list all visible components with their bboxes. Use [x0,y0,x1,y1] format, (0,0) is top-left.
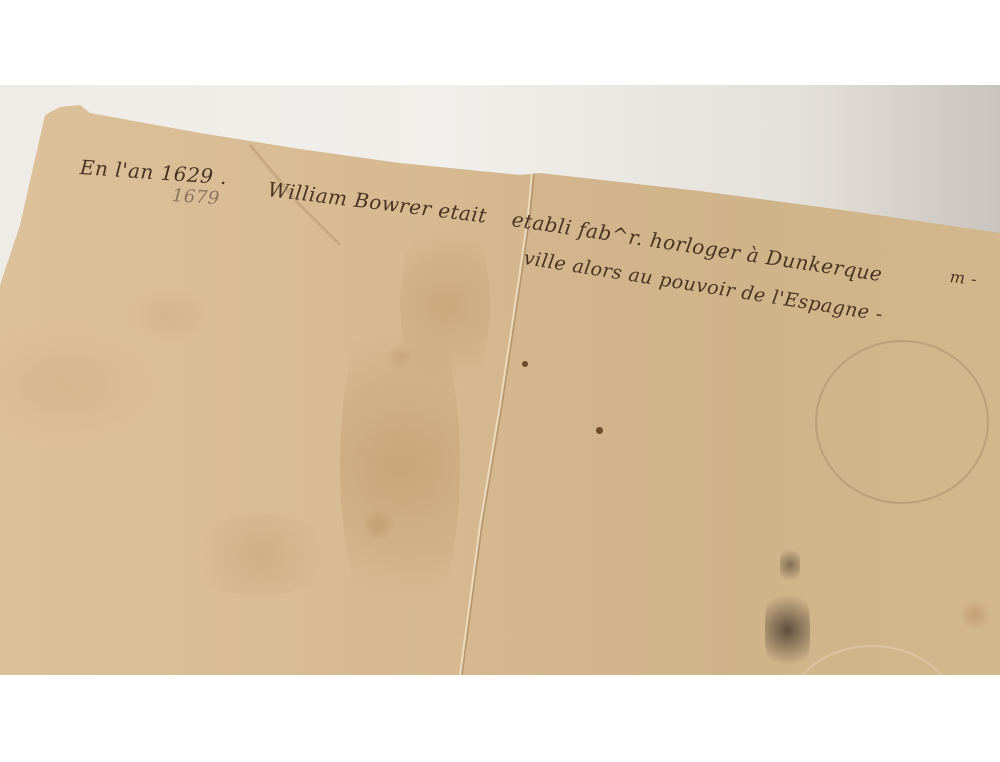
mold-spot [780,545,800,585]
document-photo: En l'an 1629 . 1679 William Bowrer etait… [0,85,1000,675]
embossed-seal [790,645,954,675]
handwritten-text-line1-left: En l'an 1629 . [79,155,228,189]
handwritten-text-line1-tail: m - [949,267,978,289]
faded-circular-stamp [815,340,989,504]
mold-spot [765,585,810,675]
handwritten-date-correction: 1679 [171,185,220,209]
foxing-stain [180,515,340,595]
aged-paper-sheet: En l'an 1629 . 1679 William Bowrer etait… [0,85,1000,675]
foxing-spot [360,510,396,540]
foxing-spot [960,600,990,630]
ink-dot [522,361,528,367]
handwritten-text-line1-mid: William Bowrer etait [267,177,489,228]
water-stain [400,205,490,405]
foxing-spot [385,345,415,369]
ink-dot [596,427,603,434]
